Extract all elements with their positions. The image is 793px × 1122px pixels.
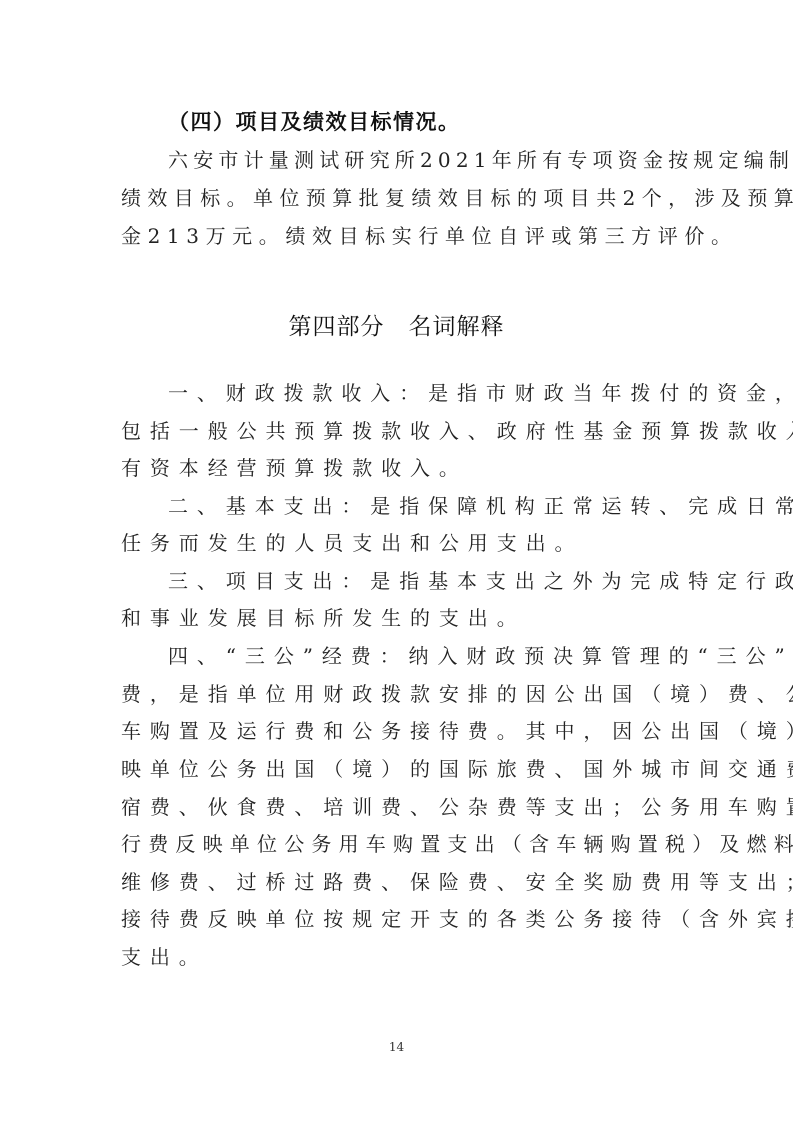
definition-line: 映单位公务出国（境）的国际旅费、国外城市间交通费、住 xyxy=(121,754,793,784)
page-number: 14 xyxy=(0,1040,793,1054)
definition-line: 包括一般公共预算拨款收入、政府性基金预算拨款收入、国 xyxy=(121,416,793,446)
definition-line: 和事业发展目标所发生的支出。 xyxy=(121,603,526,633)
definition-line: 维修费、过桥过路费、保险费、安全奖励费用等支出；公务 xyxy=(121,867,793,897)
part-title: 第四部分 名词解释 xyxy=(0,308,793,341)
definition-line: 三、项目支出：是指基本支出之外为完成特定行政任务 xyxy=(168,566,793,596)
definition-line: 支出。 xyxy=(121,942,208,972)
definition-line: 任务而发生的人员支出和公用支出。 xyxy=(121,528,583,558)
definition-line: 二、基本支出：是指保障机构正常运转、完成日常工作 xyxy=(168,491,793,521)
definition-line: 宿费、伙食费、培训费、公杂费等支出；公务用车购置及运 xyxy=(121,792,793,822)
paragraph-line: 金213万元。绩效目标实行单位自评或第三方评价。 xyxy=(121,221,738,251)
paragraph-line: 绩效目标。单位预算批复绩效目标的项目共2个，涉及预算资 xyxy=(121,183,793,213)
definition-line: 四、“三公”经费：纳入财政预决算管理的“三公”经 xyxy=(168,641,793,671)
paragraph-line: 六安市计量测试研究所2021年所有专项资金按规定编制 xyxy=(168,145,793,175)
definition-line: 接待费反映单位按规定开支的各类公务接待（含外宾接待） xyxy=(121,904,793,934)
section-heading: （四）项目及绩效目标情况。 xyxy=(168,107,461,137)
definition-line: 一、财政拨款收入：是指市财政当年拨付的资金，主要 xyxy=(168,378,793,408)
definition-line: 费，是指单位用财政拨款安排的因公出国（境）费、公务用 xyxy=(121,679,793,709)
definition-line: 有资本经营预算拨款收入。 xyxy=(121,453,468,483)
definition-line: 车购置及运行费和公务接待费。其中，因公出国（境）费反 xyxy=(121,716,793,746)
definition-line: 行费反映单位公务用车购置支出（含车辆购置税）及燃料费、 xyxy=(121,829,793,859)
document-page: （四）项目及绩效目标情况。 六安市计量测试研究所2021年所有专项资金按规定编制… xyxy=(0,0,793,1122)
